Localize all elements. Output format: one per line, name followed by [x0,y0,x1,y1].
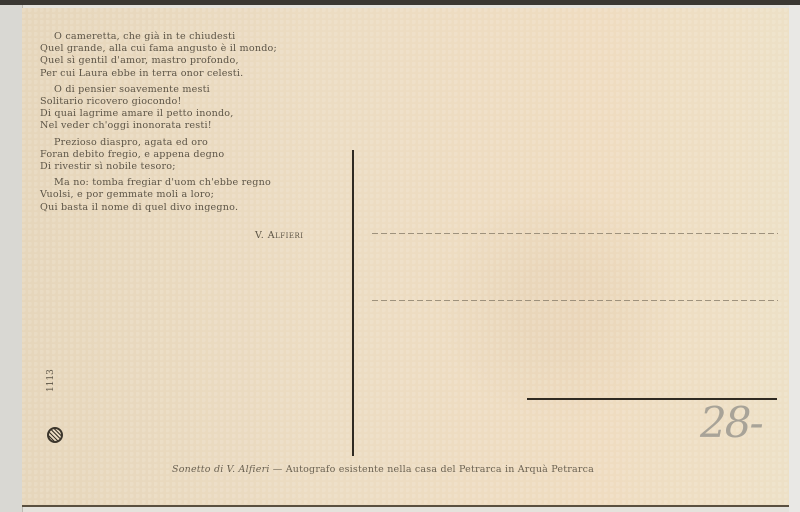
poem-line: Qui basta il nome di quel divo ingegno. [40,202,350,214]
poem-author: V. Alfieri [255,230,304,241]
caption-description: — Autografo esistente nella casa del Pet… [270,464,594,475]
postcard-caption: Sonetto di V. Alfieri — Autografo esiste… [172,464,732,475]
poem-line: Solitario ricovero giocondo! [40,96,350,108]
scan-right-edge [789,5,800,512]
center-divider-line [352,150,354,456]
sonnet-text: O cameretta, che già in te chiudesti Que… [40,31,350,218]
poem-line: O cameretta, che già in te chiudesti [40,31,350,43]
stanza-3: Prezioso diaspro, agata ed oro Foran deb… [40,137,350,174]
poem-line: O di pensier soavemente mesti [40,84,350,96]
handwritten-price-mark: 28- [700,398,762,447]
publisher-logo-icon [47,427,63,443]
stanza-1: O cameretta, che già in te chiudesti Que… [40,31,350,80]
address-line-2 [372,300,778,301]
poem-line: Prezioso diaspro, agata ed oro [40,137,350,149]
stanza-4: Ma no: tomba fregiar d'uom ch'ebbe regno… [40,177,350,214]
poem-line: Vuolsi, e por gemmate moli a loro; [40,189,350,201]
scan-top-edge [0,0,800,5]
poem-line: Foran debito fregio, e appena degno [40,149,350,161]
scan-left-edge [0,5,23,512]
publisher-number: 1113 [46,369,56,392]
poem-line: Quel sì gentil d'amor, mastro profondo, [40,55,350,67]
poem-line: Nel veder ch'oggi inonorata resti! [40,120,350,132]
poem-line: Ma no: tomba fregiar d'uom ch'ebbe regno [40,177,350,189]
address-line-1 [372,233,778,234]
poem-line: Di rivestir sì nobile tesoro; [40,161,350,173]
stanza-2: O di pensier soavemente mesti Solitario … [40,84,350,133]
poem-line: Per cui Laura ebbe in terra onor celesti… [40,68,350,80]
poem-line: Quel grande, alla cui fama angusto è il … [40,43,350,55]
poem-line: Di quai lagrime amare il petto inondo, [40,108,350,120]
caption-title: Sonetto di V. Alfieri [172,464,270,475]
